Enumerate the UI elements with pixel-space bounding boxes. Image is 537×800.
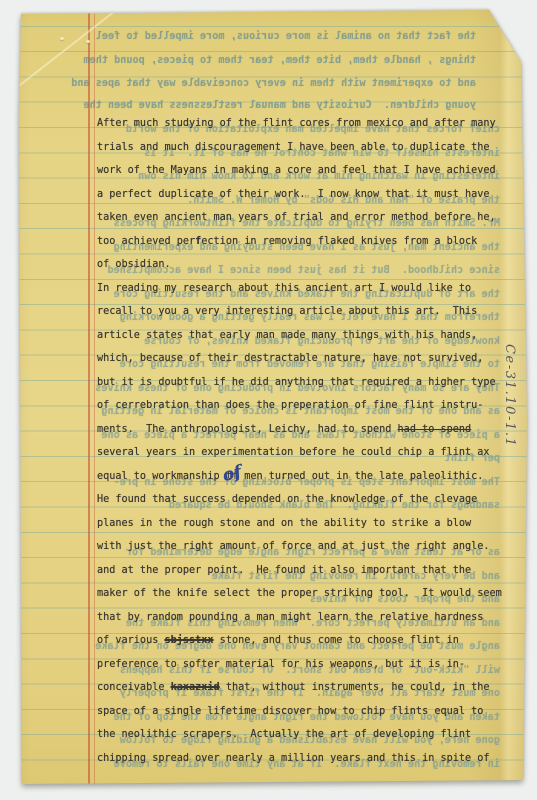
typed-line: In reading my research about this ancien… bbox=[97, 277, 511, 301]
bleedthrough-line: things , handle them, bite them, tear th… bbox=[54, 55, 476, 67]
typed-line: article states that early man made many … bbox=[97, 324, 511, 348]
typed-line: taken even ancient man years of trial an… bbox=[97, 206, 511, 230]
typed-line: equal to workmanship tfof men turned out… bbox=[97, 465, 511, 489]
typed-line: trials and much discouragement I have be… bbox=[97, 136, 511, 160]
bleedthrough-line: and to experiment with them in every con… bbox=[54, 78, 476, 90]
typed-line: work of the Mayans in making a core and … bbox=[97, 159, 511, 183]
margin-rule-left bbox=[88, 10, 90, 786]
typed-line: chipping spread over nearly a million ye… bbox=[97, 747, 511, 771]
bleedthrough-line: young children. Curiosity and manual res… bbox=[54, 100, 476, 112]
typed-line: After much studying of the flint cores f… bbox=[97, 112, 511, 136]
handwritten-correction: of bbox=[220, 461, 244, 488]
paper-sheet: the fact that no animal is more curious,… bbox=[0, 0, 537, 800]
margin-rule-right bbox=[94, 10, 95, 786]
typed-line: with just the right amount of force and … bbox=[97, 535, 511, 559]
typed-line: a perfect duplicate of their work. I now… bbox=[97, 183, 511, 207]
typed-line: space of a single lifetime discover how … bbox=[97, 700, 511, 724]
typed-line: of various sbjsstxx stone, and thus come… bbox=[97, 629, 511, 653]
typed-line: planes in the rough stone and on the abi… bbox=[97, 512, 511, 536]
typed-line: preference to softer material for his we… bbox=[97, 653, 511, 677]
paper-speck bbox=[60, 37, 64, 40]
typed-line: and at the proper point. He found it als… bbox=[97, 559, 511, 583]
scanned-letter: the fact that no animal is more curious,… bbox=[0, 0, 537, 800]
typed-line: that by random pounding a man might lear… bbox=[97, 606, 511, 630]
typed-line: He found that success depended on the kn… bbox=[97, 488, 511, 512]
bleedthrough-line: the fact that no animal is more curious,… bbox=[54, 31, 476, 43]
typed-line: of cerrebration than does the preperatio… bbox=[97, 394, 511, 418]
typed-line: maker of the knife select the proper str… bbox=[97, 582, 511, 606]
typed-line: too achieved perfection in removing flak… bbox=[97, 230, 511, 254]
typewritten-text: After much studying of the flint cores f… bbox=[97, 112, 511, 770]
typed-line: but it is doubtful if he did anything th… bbox=[97, 371, 511, 395]
paper-speck bbox=[86, 40, 90, 43]
typed-line: several years in experimentation before … bbox=[97, 441, 511, 465]
archive-code: Ce-31.10-1.1 bbox=[502, 344, 517, 448]
typed-line: the neolithic scrapers. Actually the art… bbox=[97, 723, 511, 747]
typed-line: which, because of their destractable nat… bbox=[97, 347, 511, 371]
typed-line: of obsidian. bbox=[97, 253, 511, 277]
typed-line: ments. The anthropologist, Leichy, had t… bbox=[97, 418, 511, 442]
typed-line: recall to you a very interesting article… bbox=[97, 300, 511, 324]
typed-line: conceivable kaxazxid that, without instr… bbox=[97, 676, 511, 700]
